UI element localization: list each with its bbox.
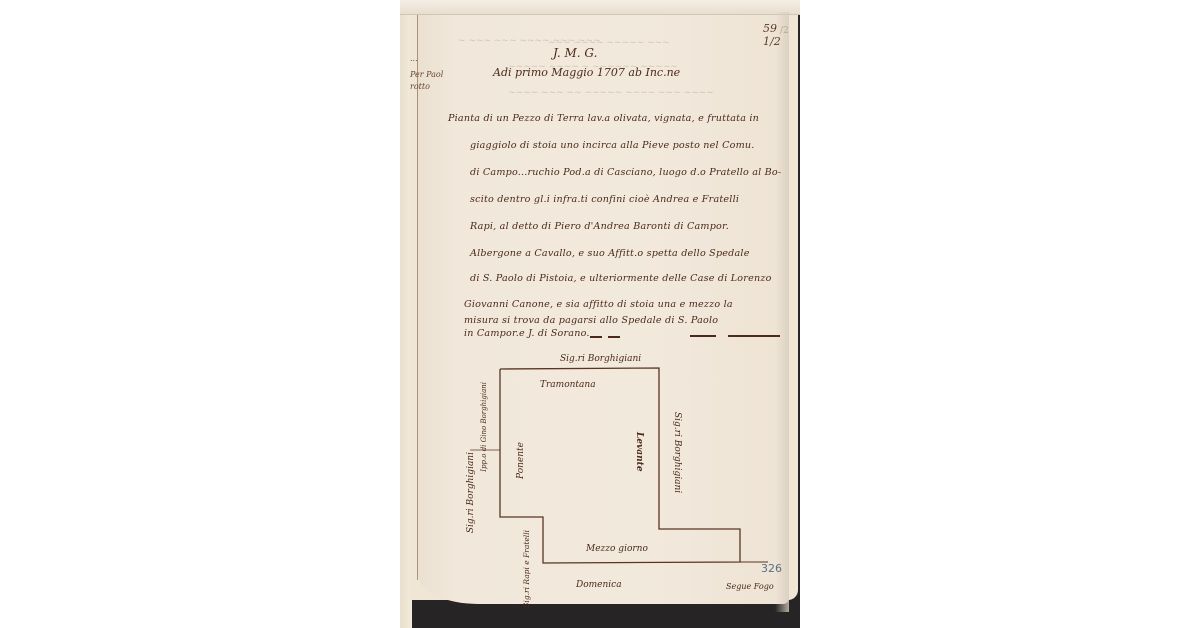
plan-label-right-neighbor: Sig.ri Borghigiani: [672, 412, 682, 493]
plan-label-left-neighbor: Sig.ri Borghigiani: [466, 452, 476, 533]
plan-label-north: Tramontana: [540, 380, 596, 390]
manuscript-page: ~ ~~~ ~~~ ~~~~ ~~~ ~~~ ~~~ ~~~~ ~~~~~ ~~…: [418, 12, 789, 604]
plan-label-bottom-right: Segue Fogo: [726, 582, 774, 591]
plan-label-top-neighbor: Sig.ri Borghigiani: [560, 354, 641, 364]
plan-label-bottom: Domenica: [576, 580, 622, 590]
plan-label-east: Levante: [634, 432, 644, 472]
margin-note: ...: [410, 54, 418, 63]
page-number-stamp: 326: [761, 562, 782, 575]
plan-label-west: Ponente: [516, 442, 526, 479]
document-viewer: ~ ~~~ ~~~ ~~~~ ~~~ ~~~ ~~~ ~~~~ ~~~~~ ~~…: [400, 0, 800, 628]
plan-label-bottom-left-neighbor: Sig.ri Rapi e Fratelli: [522, 530, 531, 608]
plan-label-left-neighbor-upper: Ipp.o di Gino Borghigiani: [480, 382, 488, 472]
plan-label-south: Mezzo giorno: [586, 544, 648, 554]
